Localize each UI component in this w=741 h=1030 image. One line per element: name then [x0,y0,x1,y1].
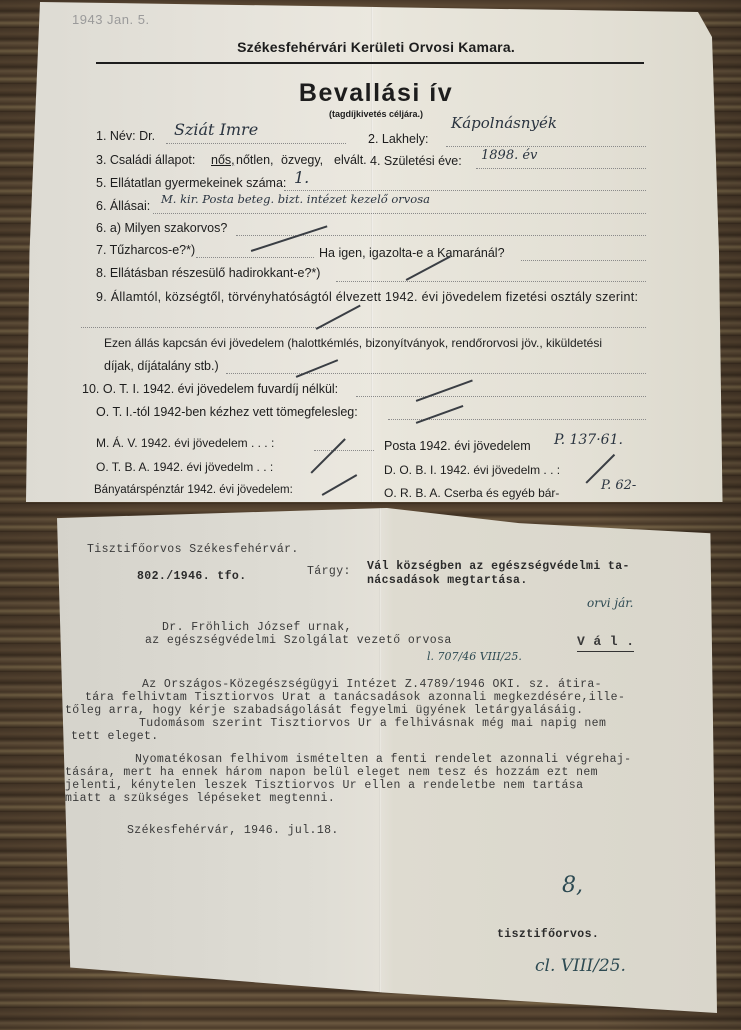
body-line: jelenti, kénytelen leszek Tisztiorvos Ur… [65,779,583,792]
body-line: tára felhivtam Tisztiorvos Urat a tanács… [85,691,625,704]
state-income-label: 9. Államtól, községtől, törvényhatóságtó… [96,290,638,304]
marital-option-selected: nős, [211,153,235,167]
form-title: Bevallási ív [26,79,726,108]
otba-label: O. T. B. A. 1942. évi jövedelm . . : [96,460,273,474]
posta-value: P. 137·61. [554,432,623,448]
invalid-label: 8. Ellátásban részesülő hadirokkant-e?*) [96,266,320,280]
related-income-label: Ezen állás kapcsán évi jövedelem (halott… [104,336,602,350]
signature-title: tisztifőorvos. [497,928,599,941]
invalid-line [336,281,646,282]
recipient-role: az egészségvédelmi Szolgálat vezető orvo… [145,634,452,647]
veteran-verified-label: Ha igen, igazolta-e a Kamaránál? [319,246,505,260]
veteran-verified-line [521,260,646,261]
handwritten-date-note: cl. VIII/25. [535,956,626,976]
subject-line-2: nácsadások megtartása. [367,574,528,587]
name-line [166,143,346,144]
signature-title-text: tisztifőorvos. [497,928,599,941]
subject-line-1: Vál községben az egészségvédelmi ta- [367,560,630,573]
blank-strike [416,380,473,402]
form-subtitle: (tagdíjkivetés céljára.) [26,109,726,119]
related-income-line [226,373,646,374]
body-line: tőleg arra, hogy kérje szabadságolását f… [65,704,583,717]
marital-option: özvegy, [281,153,323,167]
marital-option: elvált. [334,153,367,167]
related-income-label-cont: díjak, díjátalány stb.) [104,359,219,373]
subject-label: Tárgy: [307,565,351,578]
body-line: tására, mert ha ennek három napon belül … [65,766,598,779]
blank-strike [322,474,357,495]
sender-line: Tisztifőorvos Székesfehérvár. [87,543,299,556]
marital-label: 3. Családi állapot: [96,153,195,167]
blank-strike [296,359,338,377]
veteran-label: 7. Tűzharcos-e?*) [96,243,195,257]
date-stamp: 1943 Jan. 5. [72,12,150,27]
children-label: 5. Ellátatlan gyermekeinek száma: [96,176,286,190]
name-value: Sziát Imre [174,120,258,139]
date-line: Székesfehérvár, 1946. jul.18. [127,824,339,837]
name-label: 1. Név: Dr. [96,129,155,143]
declaration-form: 1943 Jan. 5. Székesfehérvári Kerületi Or… [26,2,726,502]
oti-income-line [356,396,646,397]
blank-strike [251,225,328,251]
handwritten-filing-note: l. 707/46 VIII/25. [427,650,522,663]
blank-strike [316,305,361,330]
body-line: Tudomásom szerint Tisztiorvos Ur a felhi… [139,717,606,730]
residence-value: Kápolnásnyék [451,114,557,132]
residence-label: 2. Lakhely: [368,132,428,146]
body-line: tett eleget. [71,730,159,743]
posta-label: Posta 1942. évi jövedelem [384,439,531,453]
header-rule [96,62,644,64]
positions-value: M. kir. Posta beteg. bizt. intézet kezel… [161,192,430,206]
subject-text: nácsadások megtartása. [367,574,528,587]
body-line: Nyomatékosan felhivom ismételten a fenti… [135,753,631,766]
dobi-label: D. O. B. I. 1942. évi jövedelm . . : [384,463,560,477]
recipient-name: Dr. Fröhlich József urnak, [162,621,352,634]
mav-line [314,450,374,451]
veteran-line [196,257,314,258]
birth-label: 4. Születési éve: [370,154,462,168]
orba-value: P. 62- [601,478,636,493]
marital-option: nőtlen, [236,153,274,167]
organization-header: Székesfehérvári Kerületi Orvosi Kamara. [26,39,726,55]
body-line: miatt a szükséges lépéseket megtenni. [65,792,335,805]
birth-line [476,168,646,169]
children-line [284,190,646,191]
children-value: 1. [294,168,309,187]
body-line: Az Országos-Közegészségügyi Intézet Z.47… [142,678,602,691]
mining-fund-label: Bányatárspénztár 1942. évi jövedelem: [94,484,293,496]
birth-value: 1898. év [481,148,537,163]
positions-line [153,213,646,214]
handwritten-note: orvi jár. [587,596,634,610]
orba-label: O. R. B. A. Cserba és egyéb bár- [384,486,559,500]
oti-surplus-label: O. T. I.-tól 1942-ben kézhez vett tömegf… [96,405,358,419]
specialist-label: 6. a) Milyen szakorvos? [96,221,227,235]
reference-number: 802./1946. tfo. [137,570,247,583]
blank-strike [310,438,345,473]
positions-label: 6. Állásai: [96,199,150,213]
blank-strike [416,405,463,424]
signature: 8, [562,873,583,898]
residence-line [446,146,646,147]
oti-income-label: 10. O. T. I. 1942. évi jövedelem fuvardí… [82,382,338,396]
typewritten-letter: Tisztifőorvos Székesfehérvár. 802./1946.… [57,508,717,1013]
mav-label: M. Á. V. 1942. évi jövedelem . . . : [96,436,274,450]
state-income-line [81,327,646,328]
reference-number-text: 802./1946. tfo. [137,570,247,583]
recipient-place: V á l . [577,634,634,652]
subject-text: Vál községben az egészségvédelmi ta- [367,560,630,573]
